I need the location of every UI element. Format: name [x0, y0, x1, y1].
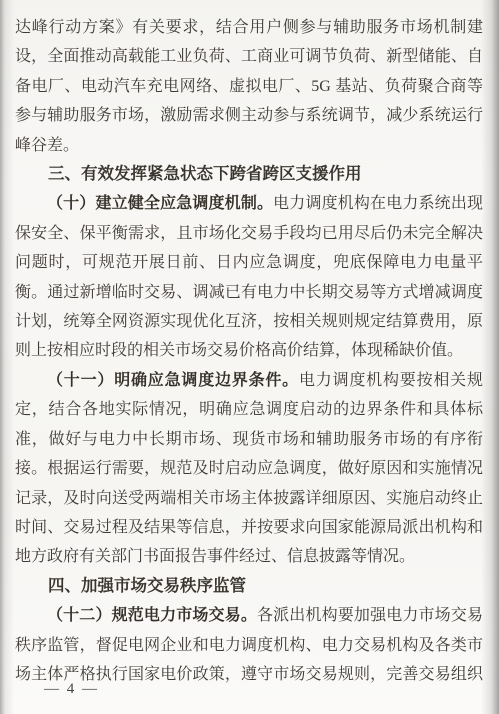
- section-heading-4: 四、加强市场交易秩序监管: [15, 572, 483, 601]
- paragraph-10-text: 电力调度机构在电力系统出现保安全、保平衡需求，且市场化交易手段均已用尽后仍未完全…: [15, 195, 483, 359]
- paragraph-12-lead: （十二）规范电力市场交易。: [47, 607, 257, 624]
- paragraph-10-lead: （十）建立健全应急调度机制。: [47, 195, 273, 212]
- paragraph-item-12: （十二）规范电力市场交易。各派出机构要加强电力市场交易秩序监管，督促电网企业和电…: [15, 601, 483, 689]
- paragraph-11-lead: （十一）明确应急调度边界条件。: [47, 372, 299, 389]
- scan-shadow-right: [481, 0, 499, 714]
- section-heading-3: 三、有效发挥紧急状态下跨省跨区支援作用: [15, 160, 483, 189]
- paragraph-11-text: 电力调度机构要按相关规定，结合各地实际情况，明确应急调度启动的边界条件和具体标准…: [15, 372, 483, 565]
- paragraph-item-11: （十一）明确应急调度边界条件。电力调度机构要按相关规定，结合各地实际情况，明确应…: [15, 366, 483, 572]
- paragraph-continuation: 达峰行动方案》有关要求，结合用户侧参与辅助服务市场机制建设，全面推动高载能工业负…: [15, 13, 483, 160]
- document-body: 达峰行动方案》有关要求，结合用户侧参与辅助服务市场机制建设，全面推动高载能工业负…: [15, 13, 483, 689]
- document-page: 达峰行动方案》有关要求，结合用户侧参与辅助服务市场机制建设，全面推动高载能工业负…: [0, 0, 499, 714]
- scan-shadow-left: [0, 0, 14, 714]
- page-number: — 4 —: [44, 681, 99, 698]
- paragraph-item-10: （十）建立健全应急调度机制。电力调度机构在电力系统出现保安全、保平衡需求，且市场…: [15, 189, 483, 365]
